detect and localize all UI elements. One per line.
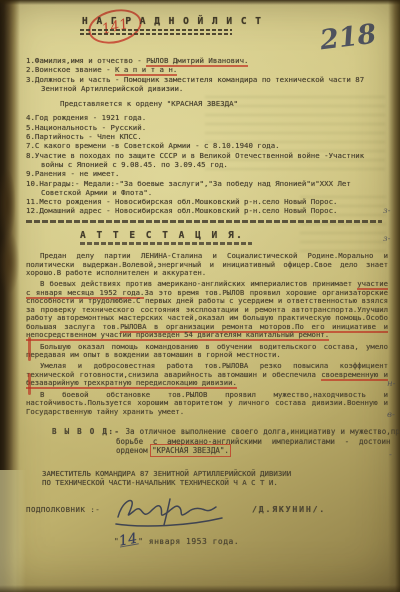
date-line: "14" января 1953 года. [114,535,388,546]
attestation-paragraph-3: Большую оказал помощь командованию в обу… [26,343,388,360]
field-row-wounds: 9.Ранения - не имеет. [26,169,388,178]
field-row-name: 1.Фамилия,имя и отчество - РЫЛОВ Дмитрий… [26,56,388,65]
field-row-awards: 10.Награды:- Медали:-"За боевые заслуги"… [26,179,388,198]
typed-signature-name: /Д.ЯКУНИН/. [252,505,326,514]
conclusion-label: В Ы В О Д:- [52,427,120,436]
field-row-birth-year: 4.Год рождения - 1921 года. [26,113,388,122]
red-margin-line [28,337,31,361]
handwritten-page-number: 218 [318,19,378,57]
field-label: 1.Фамилия,имя и отчество - [26,56,146,65]
margin-mark: н- [387,379,395,389]
page-bottom-edge [0,585,400,592]
red-boxed-order-name: "КРАСНАЯ ЗВЕЗДА". [152,446,229,455]
conclusion-block: В Ы В О Д:- За отличное выполнение своег… [52,427,400,456]
attestation-paragraph-4: Умелая и добросовестная работа тов.РЫЛОВ… [26,362,388,387]
binding-stain [0,165,22,295]
rank-and-signature-row: ПОДПОЛКОВНИК :- /Д.ЯКУНИН/. [26,497,388,535]
margin-mark: з- [383,234,391,244]
field-row-birthplace: 11.Место рождения - Новосибирская обл.Мо… [26,197,388,206]
attestation-paragraph-5: В боевой обстановке тов.РЫЛОВ проявил му… [26,391,388,416]
field-row-position: 3.Должность и часть - Помощник заместите… [26,75,388,94]
field-row-campaigns: 8.Участие в походах по защите СССР и в В… [26,151,388,170]
page-right-edge [388,0,400,592]
signature-block: ЗАМЕСТИТЕЛЬ КОМАНДИРА 87 ЗЕНИТНОЙ АРТИЛЛ… [26,469,388,546]
date-text: " января 1953 года. [138,537,239,546]
red-margin-line [28,373,31,395]
field-row-party: 6.Партийность - Член КПСС. [26,132,388,141]
field-row-home-address: 12.Домашний адрес - Новосибирская обл.Мо… [26,206,388,215]
margin-mark: - [389,450,392,460]
field-row-army-since: 7.С какого времени -в Советской Армии - … [26,141,388,150]
margin-mark: в- [387,410,395,420]
signer-title-line-1: ЗАМЕСТИТЕЛЬ КОМАНДИРА 87 ЗЕНИТНОЙ АРТИЛЛ… [26,469,388,478]
attestation-paragraph-1: Предан делу партии ЛЕНИНА-Сталина и Соци… [26,252,388,277]
presented-for-order-line: Представляется к ордену "КРАСНАЯ ЗВЕЗДА" [60,99,388,108]
field-label: 3.Должность и часть - [26,75,124,84]
section-divider [26,220,382,223]
document-title: Н А Г Р А Д Н О Й Л И С Т [82,16,263,27]
page-top-edge [0,0,400,5]
handwritten-day: 14 [119,533,139,547]
attestation-paragraph-2: В боевых действиях против американо-англ… [26,280,388,339]
attestation-heading: А Т Т Е С Т А Ц И Я. [80,231,388,240]
handwritten-signature [110,493,260,533]
attestation-text: Предан делу партии ЛЕНИНА-Сталина и Соци… [26,252,388,416]
scanned-award-document: 141 Н А Г Р А Д Н О Й Л И С Т 218 1.Фами… [0,0,400,592]
attestation-heading-underline [80,242,252,245]
margin-mark: з- [383,206,391,216]
signer-rank: ПОДПОЛКОВНИК :- [26,505,100,514]
underlying-page-corner [0,470,26,592]
document-body: 1.Фамилия,имя и отчество - РЫЛОВ Дмитрий… [26,56,388,546]
field-label: 2.Воинское звание - [26,65,115,74]
signer-title-line-2: ПО ТЕХНИЧЕСКОЙ ЧАСТИ-НАЧАЛЬНИК ТЕХНИЧЕСК… [26,478,388,487]
field-row-nationality: 5.Национальность - Русский. [26,123,388,132]
title-underline [80,29,232,36]
